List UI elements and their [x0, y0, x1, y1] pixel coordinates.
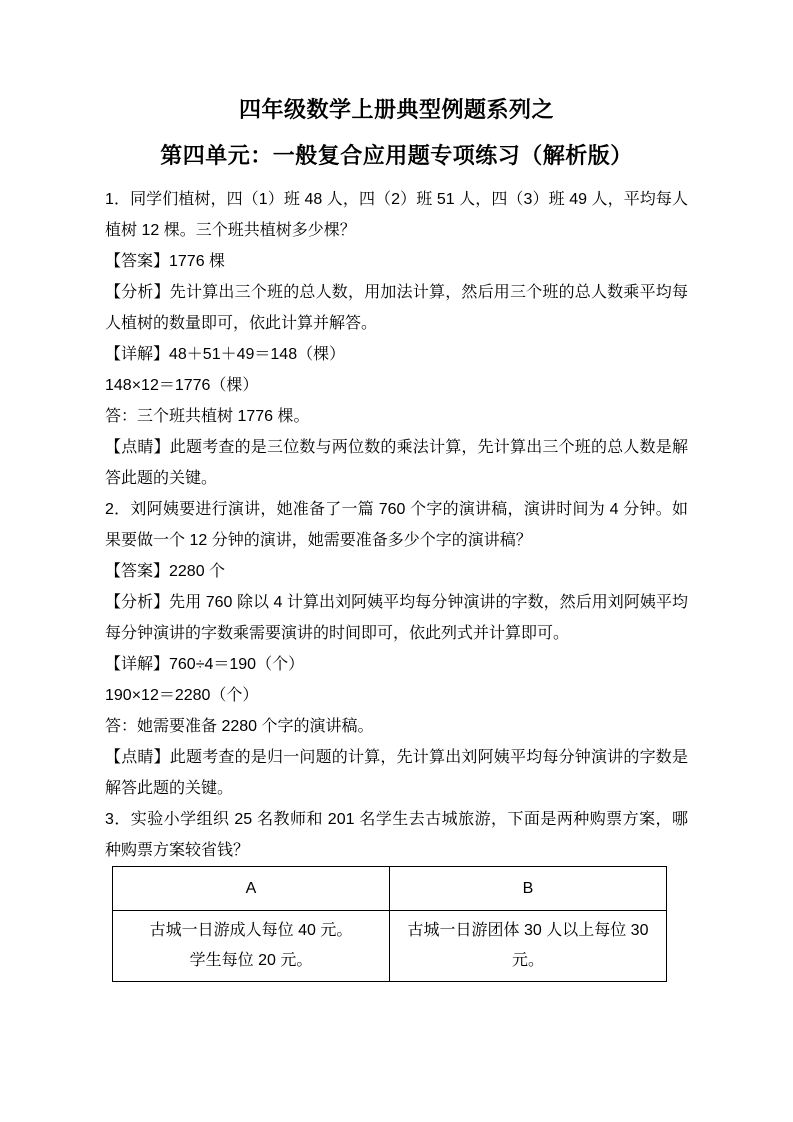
doc-title-line-1: 四年级数学上册典型例题系列之	[105, 94, 688, 126]
document-body: 1．同学们植树，四（1）班 48 人，四（2）班 51 人，四（3）班 49 人…	[105, 184, 688, 982]
problem-1-note: 【点睛】此题考查的是三位数与两位数的乘法计算，先计算出三个班的总人数是解答此题的…	[105, 432, 688, 494]
problem-1-answer: 【答案】1776 棵	[105, 246, 688, 277]
plan-table-header-row: A B	[113, 867, 667, 911]
plan-a-student-price: 学生每位 20 元。	[116, 946, 386, 976]
doc-title-line-2: 第四单元：一般复合应用题专项练习（解析版）	[105, 140, 688, 172]
problem-2-question: 2．刘阿姨要进行演讲，她准备了一篇 760 个字的演讲稿，演讲时间为 4 分钟。…	[105, 494, 688, 556]
problem-1-detail-step-2: 148×12＝1776（棵）	[105, 370, 688, 401]
problem-1-question: 1．同学们植树，四（1）班 48 人，四（2）班 51 人，四（3）班 49 人…	[105, 184, 688, 246]
problem-2-detail-step-1: 【详解】760÷4＝190（个）	[105, 649, 688, 680]
plan-a-cell: 古城一日游成人每位 40 元。 学生每位 20 元。	[113, 911, 390, 982]
problem-2-detail-step-2: 190×12＝2280（个）	[105, 680, 688, 711]
problem-1-detail-answer-sentence: 答：三个班共植树 1776 棵。	[105, 401, 688, 432]
problem-3-question: 3．实验小学组织 25 名教师和 201 名学生去古城旅游，下面是两种购票方案，…	[105, 804, 688, 866]
problem-2-analysis: 【分析】先用 760 除以 4 计算出刘阿姨平均每分钟演讲的字数，然后用刘阿姨平…	[105, 587, 688, 649]
problem-1-detail-step-1: 【详解】48＋51＋49＝148（棵）	[105, 339, 688, 370]
document-page: 四年级数学上册典型例题系列之 第四单元：一般复合应用题专项练习（解析版） 1．同…	[0, 0, 793, 1122]
problem-2-note: 【点睛】此题考查的是归一问题的计算，先计算出刘阿姨平均每分钟演讲的字数是解答此题…	[105, 742, 688, 804]
ticket-plan-table: A B 古城一日游成人每位 40 元。 学生每位 20 元。 古城一日游团体 3…	[112, 866, 667, 982]
plan-a-adult-price: 古城一日游成人每位 40 元。	[116, 916, 386, 946]
plan-b-group-price: 古城一日游团体 30 人以上每位 30 元。	[393, 916, 663, 976]
plan-b-header-cell: B	[390, 867, 667, 911]
problem-2-detail-answer-sentence: 答：她需要准备 2280 个字的演讲稿。	[105, 711, 688, 742]
plan-a-header-cell: A	[113, 867, 390, 911]
problem-1-analysis: 【分析】先计算出三个班的总人数，用加法计算，然后用三个班的总人数乘平均每人植树的…	[105, 277, 688, 339]
plan-b-cell: 古城一日游团体 30 人以上每位 30 元。	[390, 911, 667, 982]
plan-table-data-row: 古城一日游成人每位 40 元。 学生每位 20 元。 古城一日游团体 30 人以…	[113, 911, 667, 982]
problem-2-answer: 【答案】2280 个	[105, 556, 688, 587]
